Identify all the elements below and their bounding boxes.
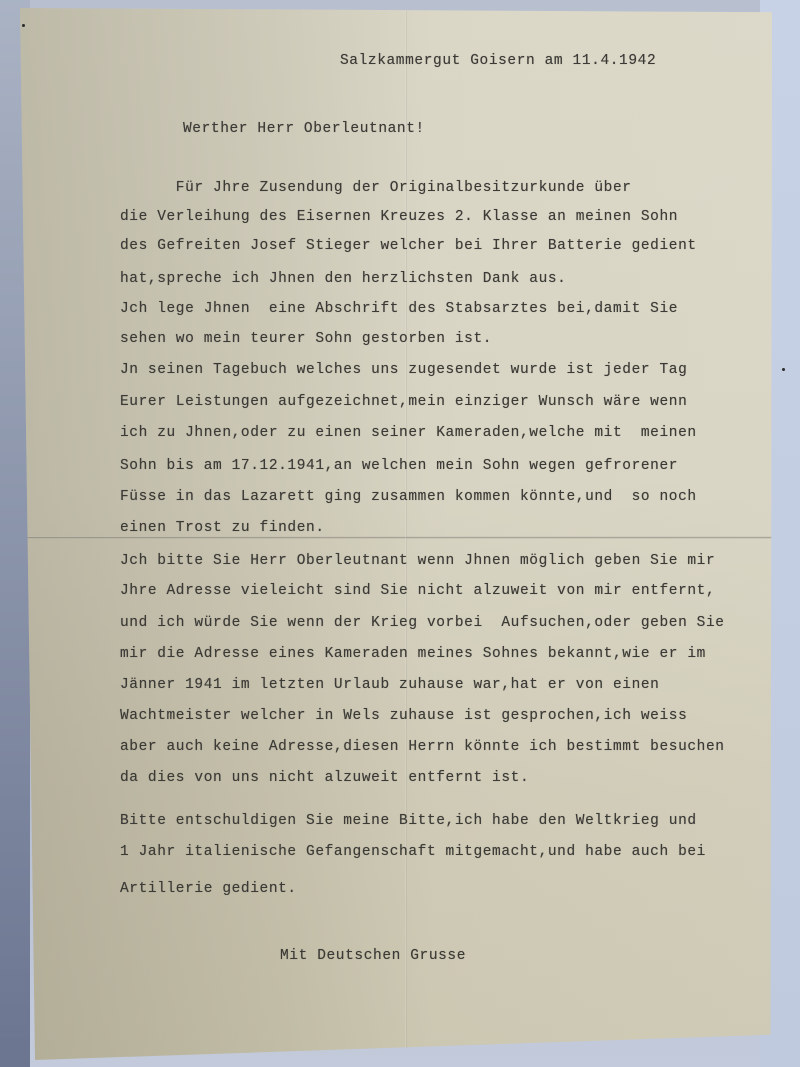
- letter-text: Salzkammergut Goisern am 11.4.1942 Werth…: [20, 8, 772, 1060]
- body-line: Füsse in das Lazarett ging zusammen komm…: [120, 489, 697, 505]
- body-line: Jn seinen Tagebuch welches uns zugesende…: [120, 362, 687, 378]
- place-date-line: Salzkammergut Goisern am 11.4.1942: [340, 53, 656, 69]
- body-line: des Gefreiten Josef Stieger welcher bei …: [120, 238, 697, 254]
- body-line: hat,spreche ich Jhnen den herzlichsten D…: [120, 271, 566, 287]
- body-line: ich zu Jhnen,oder zu einen seiner Kamera…: [120, 425, 697, 441]
- body-line: Bitte entschuldigen Sie meine Bitte,ich …: [120, 813, 697, 829]
- ink-spot: [782, 368, 785, 371]
- body-line: aber auch keine Adresse,diesen Herrn kön…: [120, 739, 725, 755]
- salutation: Werther Herr Oberleutnant!: [183, 121, 425, 137]
- body-line: Jhre Adresse vieleicht sind Sie nicht al…: [120, 583, 715, 599]
- body-line: und ich würde Sie wenn der Krieg vorbei …: [120, 615, 725, 631]
- ink-spot: [22, 24, 25, 27]
- body-line: da dies von uns nicht alzuweit entfernt …: [120, 770, 529, 786]
- body-line: sehen wo mein teurer Sohn gestorben ist.: [120, 331, 492, 347]
- body-line: Jänner 1941 im letzten Urlaub zuhause wa…: [120, 677, 659, 693]
- letter-paper: Salzkammergut Goisern am 11.4.1942 Werth…: [20, 8, 772, 1060]
- closing-line: Mit Deutschen Grusse: [280, 948, 466, 964]
- body-line: Wachtmeister welcher in Wels zuhause ist…: [120, 708, 687, 724]
- body-line: mir die Adresse eines Kameraden meines S…: [120, 646, 706, 662]
- body-line: die Verleihung des Eisernen Kreuzes 2. K…: [120, 209, 678, 225]
- body-line: Artillerie gedient.: [120, 881, 297, 897]
- body-line: Eurer Leistungen aufgezeichnet,mein einz…: [120, 394, 687, 410]
- body-line: einen Trost zu finden.: [120, 520, 325, 536]
- body-line: Für Jhre Zusendung der Originalbesitzurk…: [120, 180, 632, 196]
- body-line: Jch bitte Sie Herr Oberleutnant wenn Jhn…: [120, 553, 715, 569]
- body-line: Sohn bis am 17.12.1941,an welchen mein S…: [120, 458, 678, 474]
- body-line: 1 Jahr italienische Gefangenschaft mitge…: [120, 844, 706, 860]
- body-line: Jch lege Jhnen eine Abschrift des Stabsa…: [120, 301, 678, 317]
